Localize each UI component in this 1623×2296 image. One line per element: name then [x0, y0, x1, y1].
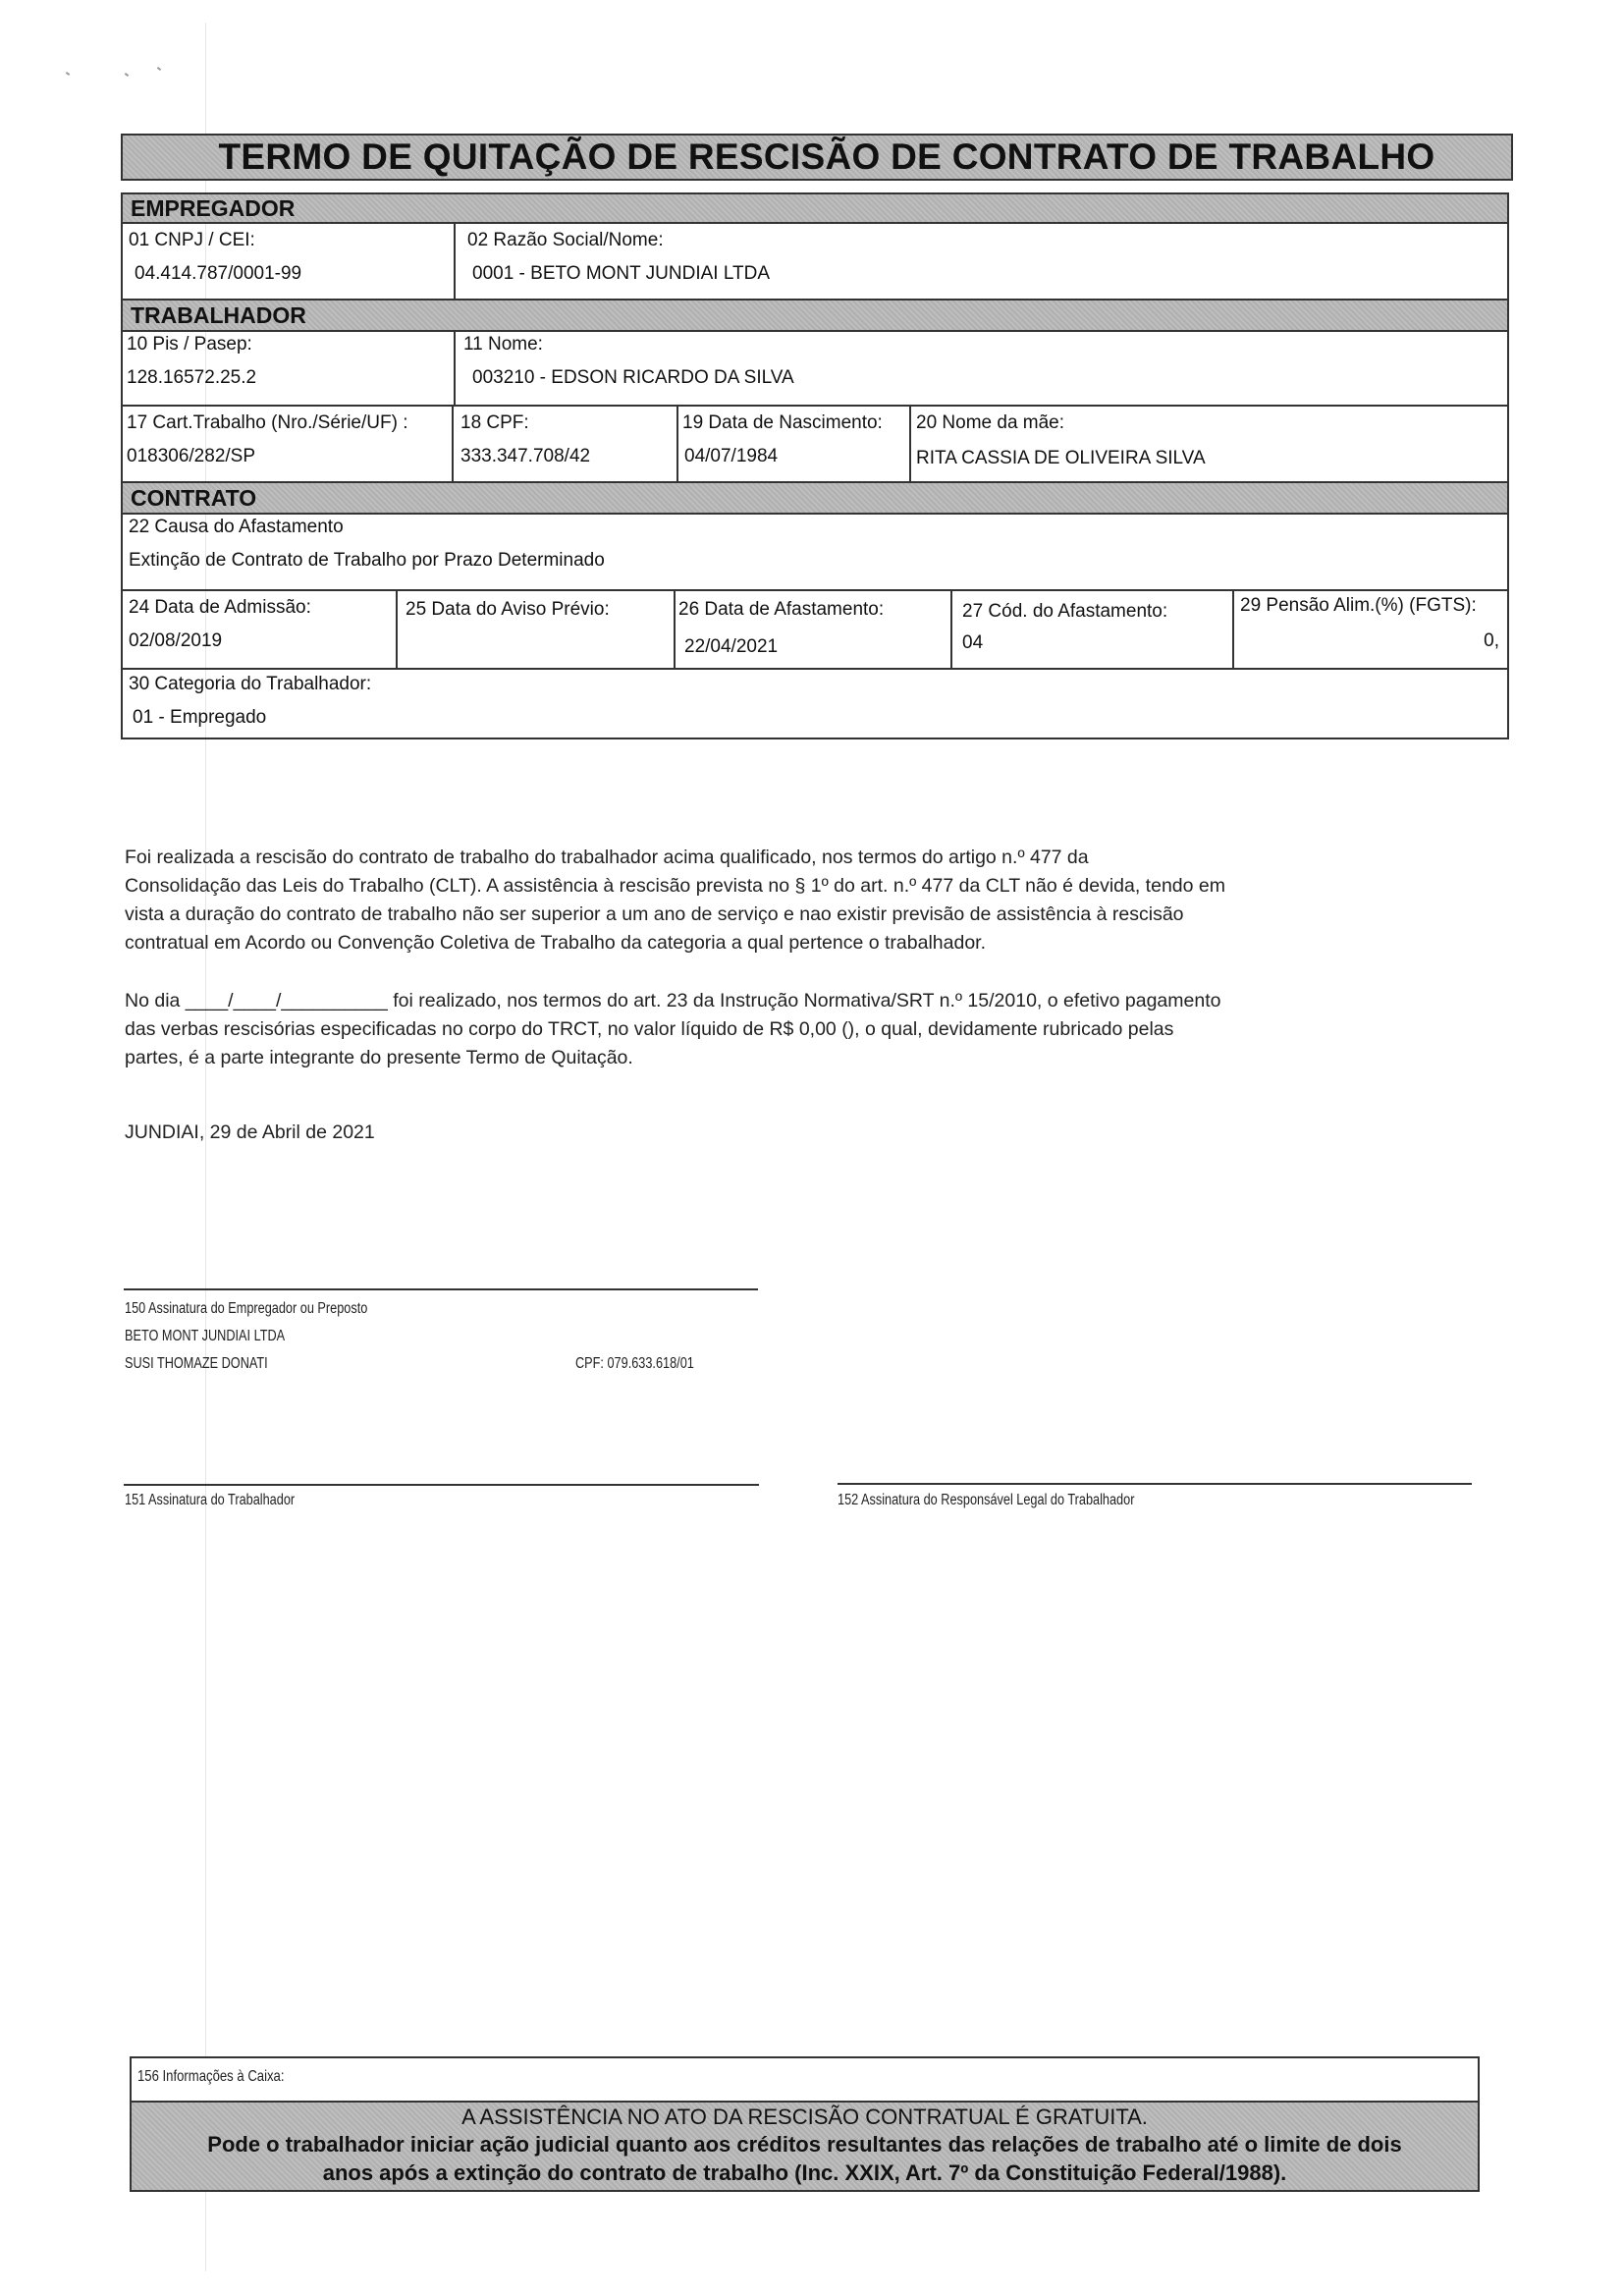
- ctps-label: 17 Cart.Trabalho (Nro./Série/UF) :: [127, 412, 408, 434]
- leave-date-label: 26 Data de Afastamento:: [678, 599, 884, 621]
- worker-signature-label: 151 Assinatura do Trabalhador: [125, 1492, 295, 1509]
- paragraph-line: No dia ____/____/__________ foi realizad…: [125, 987, 1220, 1015]
- employer-representative-cpf: CPF: 079.633.618/01: [575, 1355, 694, 1373]
- employer-signature-label: 150 Assinatura do Empregador ou Preposto: [125, 1300, 367, 1318]
- worker-category-label: 30 Categoria do Trabalhador:: [129, 674, 371, 695]
- cnpj-value: 04.414.787/0001-99: [135, 263, 301, 285]
- divider: [454, 224, 456, 299]
- paragraph-line: vista a duração do contrato de trabalho …: [125, 901, 1225, 929]
- birth-date-label: 19 Data de Nascimento:: [682, 412, 883, 434]
- worker-signature-line: [124, 1484, 759, 1486]
- razao-social-value: 0001 - BETO MONT JUNDIAI LTDA: [472, 263, 770, 285]
- paragraph-line: Foi realizada a rescisão do contrato de …: [125, 844, 1225, 872]
- divider: [676, 407, 678, 481]
- section-title: CONTRATO: [123, 485, 256, 512]
- document-title-bar: TERMO DE QUITAÇÃO DE RESCISÃO DE CONTRAT…: [121, 134, 1513, 181]
- place-and-date: JUNDIAI, 29 de Abril de 2021: [125, 1119, 375, 1147]
- nome-value: 003210 - EDSON RICARDO DA SILVA: [472, 367, 794, 389]
- alimony-value: 0,: [1484, 630, 1499, 652]
- nome-label: 11 Nome:: [463, 334, 543, 355]
- razao-social-label: 02 Razão Social/Nome:: [467, 230, 664, 251]
- leave-date-value: 22/04/2021: [684, 636, 778, 658]
- admission-date-value: 02/08/2019: [129, 630, 222, 652]
- cnpj-label: 01 CNPJ / CEI:: [129, 230, 255, 251]
- divider: [454, 332, 456, 405]
- divider: [123, 668, 1507, 670]
- guardian-signature-label: 152 Assinatura do Responsável Legal do T…: [838, 1492, 1134, 1509]
- scan-speck: [125, 73, 129, 77]
- section-title: EMPREGADOR: [123, 195, 295, 222]
- termination-cause-value: Extinção de Contrato de Trabalho por Pra…: [129, 550, 605, 572]
- alimony-label: 29 Pensão Alim.(%) (FGTS):: [1240, 595, 1477, 617]
- scan-speck: [66, 72, 70, 76]
- notice-date-label: 25 Data do Aviso Prévio:: [406, 599, 610, 621]
- caixa-info-label: 156 Informações à Caixa:: [137, 2068, 285, 2086]
- section-header-empregador: EMPREGADOR: [123, 194, 1507, 224]
- document-title: TERMO DE QUITAÇÃO DE RESCISÃO DE CONTRAT…: [219, 137, 1435, 178]
- paragraph-line: Consolidação das Leis do Trabalho (CLT).…: [125, 872, 1225, 901]
- employer-representative-name: SUSI THOMAZE DONATI: [125, 1355, 268, 1373]
- divider: [123, 589, 1507, 591]
- caixa-info-box: 156 Informações à Caixa: A ASSISTÊNCIA N…: [130, 2056, 1480, 2192]
- cpf-label: 18 CPF:: [460, 412, 529, 434]
- divider: [123, 405, 1507, 407]
- leave-code-value: 04: [962, 632, 983, 654]
- payment-statement-paragraph: No dia ____/____/__________ foi realizad…: [125, 987, 1220, 1072]
- leave-code-label: 27 Cód. do Afastamento:: [962, 601, 1167, 623]
- ctps-value: 018306/282/SP: [127, 446, 255, 467]
- divider: [1232, 591, 1234, 668]
- paragraph-line: contratual em Acordo ou Convenção Coleti…: [125, 929, 1225, 957]
- section-title: TRABALHADOR: [123, 302, 306, 329]
- divider: [396, 591, 398, 670]
- divider: [909, 407, 911, 485]
- termination-cause-label: 22 Causa do Afastamento: [129, 517, 344, 538]
- paragraph-line: das verbas rescisórias especificadas no …: [125, 1015, 1220, 1044]
- termination-form: EMPREGADOR 01 CNPJ / CEI: 04.414.787/000…: [121, 192, 1509, 739]
- divider: [950, 591, 952, 668]
- section-header-contrato: CONTRATO: [123, 483, 1507, 515]
- scan-speck: [157, 67, 161, 71]
- paragraph-line: partes, é a parte integrante do presente…: [125, 1044, 1220, 1072]
- divider: [674, 591, 676, 668]
- legal-notice-line: Pode o trabalhador iniciar ação judicial…: [132, 2130, 1478, 2159]
- mother-name-value: RITA CASSIA DE OLIVEIRA SILVA: [916, 448, 1206, 469]
- legal-notice-line: anos após a extinção do contrato de trab…: [132, 2159, 1478, 2187]
- employer-signature-line: [124, 1288, 758, 1290]
- pis-label: 10 Pis / Pasep:: [127, 334, 252, 355]
- caixa-info-row: 156 Informações à Caixa:: [132, 2058, 1478, 2103]
- birth-date-value: 04/07/1984: [684, 446, 778, 467]
- legal-notice-title: A ASSISTÊNCIA NO ATO DA RESCISÃO CONTRAT…: [132, 2105, 1478, 2130]
- mother-name-label: 20 Nome da mãe:: [916, 412, 1064, 434]
- employer-company-name: BETO MONT JUNDIAI LTDA: [125, 1328, 285, 1345]
- guardian-signature-line: [838, 1483, 1472, 1485]
- cpf-value: 333.347.708/42: [460, 446, 590, 467]
- section-header-trabalhador: TRABALHADOR: [123, 301, 1507, 332]
- pis-value: 128.16572.25.2: [127, 367, 256, 389]
- divider: [452, 407, 454, 481]
- legal-notice: A ASSISTÊNCIA NO ATO DA RESCISÃO CONTRAT…: [132, 2103, 1478, 2190]
- worker-category-value: 01 - Empregado: [133, 707, 266, 729]
- clt-statement-paragraph: Foi realizada a rescisão do contrato de …: [125, 844, 1225, 957]
- admission-date-label: 24 Data de Admissão:: [129, 597, 311, 619]
